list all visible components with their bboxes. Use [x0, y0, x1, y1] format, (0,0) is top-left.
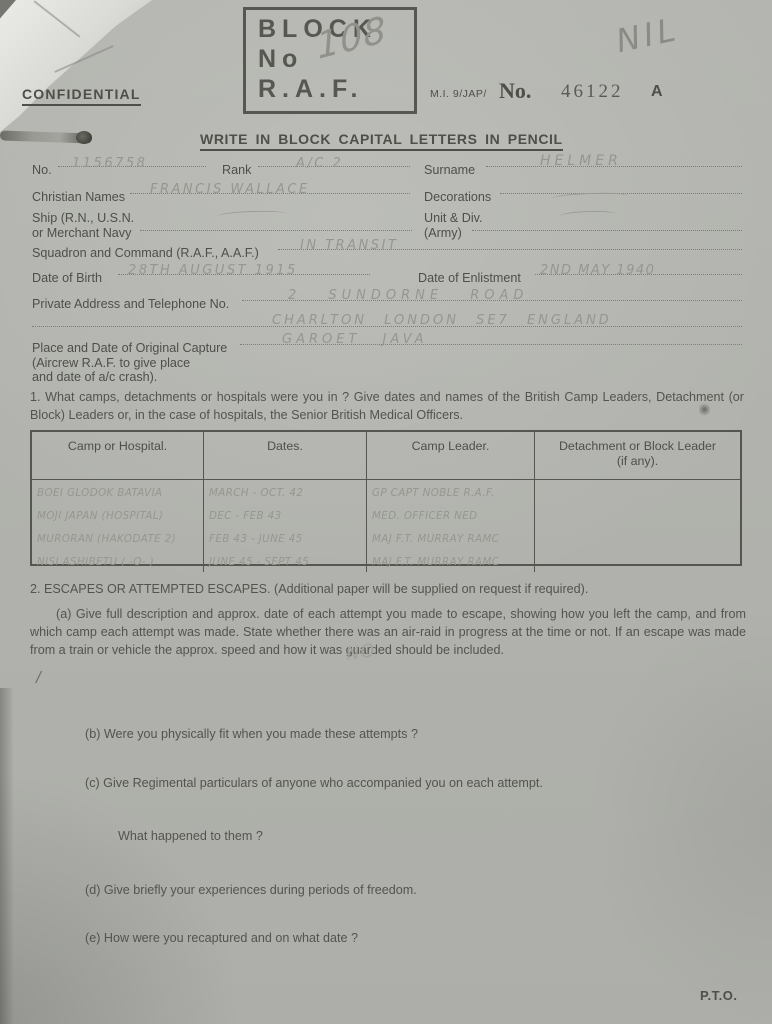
field-value-squadron: in Transit: [300, 238, 398, 253]
field-label-capture-sub1: (Aircrew R.A.F. to give place: [32, 356, 190, 370]
camps-table-header-row: Camp or Hospital. Dates. Camp Leader. De…: [32, 432, 740, 480]
field-label-decorations: Decorations: [424, 190, 491, 204]
left-edge-shadow: [0, 688, 14, 1024]
table-cell: [535, 492, 740, 496]
table-cell: Maj F.T. Murray RAMC: [367, 549, 534, 572]
field-value-address-line1: 2 Sundorne Road: [288, 288, 528, 303]
table-cell: Gp Capt Noble R.A.F.: [367, 480, 534, 503]
serial-number: 46122: [561, 81, 624, 103]
table-cell: June 45 - Sept 45: [204, 549, 366, 572]
table-cell: Maj F.T. Murray RAMC: [367, 526, 534, 549]
field-label-surname: Surname: [424, 163, 475, 177]
handwritten-no: No: [345, 640, 377, 665]
field-value-capture: Garoet Java: [282, 332, 428, 347]
table-cell: Feb 43 - June 45: [204, 526, 366, 549]
dotted-line: [472, 216, 742, 231]
table-header-dates: Dates.: [204, 432, 367, 479]
table-header-leader: Camp Leader.: [367, 432, 535, 479]
confidential-label: CONFIDENTIAL: [22, 86, 141, 106]
question-2d: (d) Give briefly your experiences during…: [85, 882, 725, 900]
field-value-rank: A/C 2: [296, 156, 343, 171]
handwritten-nil: NIL: [613, 10, 683, 60]
table-cell: Moji Japan (Hospital): [32, 503, 203, 526]
field-label-capture: Place and Date of Original Capture: [32, 341, 227, 355]
binding-cord-tip: [76, 131, 92, 144]
field-label-capture-sub2: and date of a/c crash).: [32, 370, 157, 384]
field-label-enlistment: Date of Enlistment: [418, 271, 521, 285]
page-title: WRITE IN BLOCK CAPITAL LETTERS IN PENCIL: [200, 131, 563, 151]
table-column-leader: Gp Capt Noble R.A.F. Med. Officer Ned Ma…: [367, 480, 535, 572]
stamp-line-raf: R.A.F.: [258, 74, 414, 104]
field-value-no: 1156758: [72, 156, 147, 171]
table-cell: Med. Officer Ned: [367, 503, 534, 526]
dotted-line: [140, 216, 412, 231]
camps-table: Camp or Hospital. Dates. Camp Leader. De…: [30, 430, 742, 566]
table-cell: March - Oct. 42: [204, 480, 366, 503]
torn-paper-corner: [0, 0, 160, 132]
table-column-camp: Boei Glodok Batavia Moji Japan (Hospital…: [32, 480, 204, 572]
serial-no-label: No.: [499, 78, 531, 104]
question-2c-followup: What happened to them ?: [118, 828, 518, 846]
dotted-line: [500, 179, 742, 194]
table-cell: Boei Glodok Batavia: [32, 480, 203, 503]
mi9-reference: M.I. 9/JAP/: [430, 88, 487, 100]
field-label-ship-line2: or Merchant Navy: [32, 226, 131, 240]
field-label-ship-line1: Ship (R.N., U.S.N.: [32, 211, 134, 225]
field-label-rank: Rank: [222, 163, 251, 177]
pto-label: P.T.O.: [700, 988, 737, 1003]
field-value-enlistment: 2nd May 1940: [540, 263, 655, 278]
field-value-christian-names: Francis Wallace: [150, 182, 310, 197]
question-2c: (c) Give Regimental particulars of anyon…: [85, 775, 725, 793]
table-header-detachment: Detachment or Block Leader (if any).: [535, 432, 740, 479]
field-label-squadron: Squadron and Command (R.A.F., A.A.F.): [32, 246, 259, 260]
table-column-detachment: [535, 480, 740, 572]
field-value-date-of-birth: 28th August 1915: [128, 263, 298, 278]
scanned-pow-questionnaire-page: CONFIDENTIAL BLOCK No R.A.F. 108 NIL M.I…: [0, 0, 772, 1024]
pencil-tick-mark: /: [36, 668, 41, 688]
question-1: 1. What camps, detachments or hospitals …: [30, 389, 744, 425]
question-2-heading: 2. ESCAPES OR ATTEMPTED ESCAPES. (Additi…: [30, 581, 744, 599]
field-label-no: No.: [32, 163, 52, 177]
question-2b: (b) Were you physically fit when you mad…: [85, 726, 725, 744]
table-column-dates: March - Oct. 42 Dec - Feb 43 Feb 43 - Ju…: [204, 480, 367, 572]
camps-table-body: Boei Glodok Batavia Moji Japan (Hospital…: [32, 480, 740, 564]
table-cell: Dec - Feb 43: [204, 503, 366, 526]
field-label-date-of-birth: Date of Birth: [32, 271, 102, 285]
question-2a: (a) Give full description and approx. da…: [30, 606, 746, 660]
field-value-surname: Helmer: [540, 153, 622, 169]
serial-suffix: A: [651, 83, 663, 101]
field-label-christian-names: Christian Names: [32, 190, 125, 204]
table-header-camp: Camp or Hospital.: [32, 432, 204, 479]
field-value-address-line2: Charlton London SE7 England: [272, 313, 612, 328]
table-cell: Muroran (Hakodate 2): [32, 526, 203, 549]
question-2e: (e) How were you recaptured and on what …: [85, 930, 725, 948]
table-cell: Nisi Ashibetu ( -o- ): [32, 549, 203, 572]
field-label-address: Private Address and Telephone No.: [32, 297, 229, 311]
